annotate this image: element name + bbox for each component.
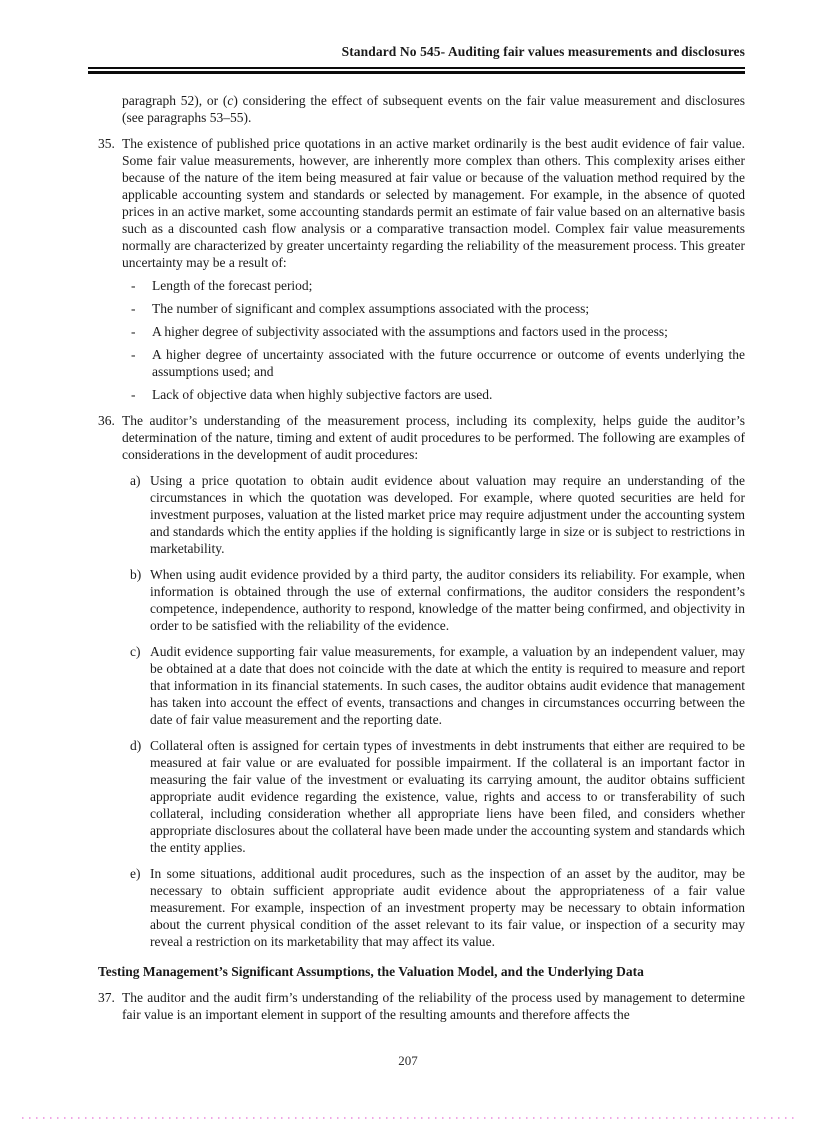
paragraph-text: The auditor and the audit firm’s underst…: [122, 989, 745, 1023]
item-label: a): [130, 472, 150, 557]
document-body: paragraph 52), or (c) considering the ef…: [98, 92, 745, 1023]
footer-rule: [22, 1117, 798, 1119]
bullet-text: Length of the forecast period;: [152, 277, 745, 294]
bullet-marker: -: [131, 386, 152, 403]
header-rule: [88, 67, 745, 74]
bullet-list: - Length of the forecast period; - The n…: [98, 277, 745, 403]
continuation-text-pre: paragraph 52), or (: [122, 93, 227, 108]
item-text: Collateral often is assigned for certain…: [150, 737, 745, 856]
page-header: Standard No 545- Auditing fair values me…: [0, 0, 816, 74]
item-label: c): [130, 643, 150, 728]
paragraph-36: 36. The auditor’s understanding of the m…: [98, 412, 745, 463]
paragraph-text: The existence of published price quotati…: [122, 135, 745, 271]
item-label: d): [130, 737, 150, 856]
bullet-item: - A higher degree of subjectivity associ…: [131, 323, 745, 340]
item-text: Using a price quotation to obtain audit …: [150, 472, 745, 557]
bullet-marker: -: [131, 323, 152, 340]
bullet-item: - Length of the forecast period;: [131, 277, 745, 294]
bullet-item: - Lack of objective data when highly sub…: [131, 386, 745, 403]
paragraph-number: 35.: [98, 135, 122, 271]
item-text: Audit evidence supporting fair value mea…: [150, 643, 745, 728]
bullet-text: The number of significant and complex as…: [152, 300, 745, 317]
item-label: e): [130, 865, 150, 950]
section-heading: Testing Management’s Significant Assumpt…: [98, 963, 745, 980]
lettered-list: a) Using a price quotation to obtain aud…: [98, 472, 745, 950]
bullet-item: - The number of significant and complex …: [131, 300, 745, 317]
paragraph-37: 37. The auditor and the audit firm’s und…: [98, 989, 745, 1023]
bullet-item: - A higher degree of uncertainty associa…: [131, 346, 745, 380]
bullet-marker: -: [131, 346, 152, 380]
paragraph-number: 37.: [98, 989, 122, 1023]
document-page: Standard No 545- Auditing fair values me…: [0, 0, 816, 1123]
lettered-item-b: b) When using audit evidence provided by…: [130, 566, 745, 634]
paragraph-35: 35. The existence of published price quo…: [98, 135, 745, 271]
bullet-text: Lack of objective data when highly subje…: [152, 386, 745, 403]
lettered-item-d: d) Collateral often is assigned for cert…: [130, 737, 745, 856]
bullet-text: A higher degree of uncertainty associate…: [152, 346, 745, 380]
lettered-item-c: c) Audit evidence supporting fair value …: [130, 643, 745, 728]
paragraph-text: The auditor’s understanding of the measu…: [122, 412, 745, 463]
paragraph-continuation: paragraph 52), or (c) considering the ef…: [122, 92, 745, 126]
lettered-item-a: a) Using a price quotation to obtain aud…: [130, 472, 745, 557]
page-number: 207: [0, 1053, 816, 1069]
running-head: Standard No 545- Auditing fair values me…: [90, 44, 745, 60]
bullet-marker: -: [131, 300, 152, 317]
bullet-text: A higher degree of subjectivity associat…: [152, 323, 745, 340]
item-text: When using audit evidence provided by a …: [150, 566, 745, 634]
item-label: b): [130, 566, 150, 634]
lettered-item-e: e) In some situations, additional audit …: [130, 865, 745, 950]
bullet-marker: -: [131, 277, 152, 294]
paragraph-number: 36.: [98, 412, 122, 463]
item-text: In some situations, additional audit pro…: [150, 865, 745, 950]
